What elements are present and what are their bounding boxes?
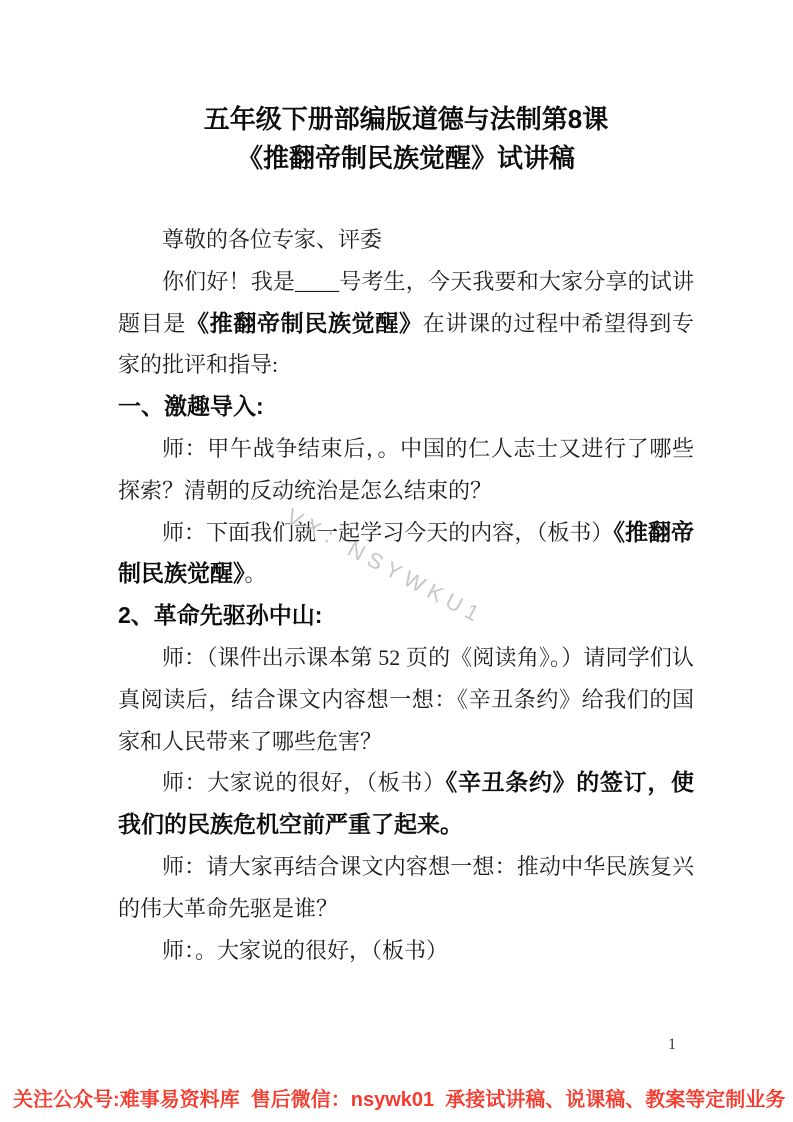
text-run: 。: [245, 561, 267, 586]
text-run: 师：（课件出示课本第 52 页的《阅读角》。）请同学们认真阅读后，结合课文内容想…: [118, 645, 694, 754]
document-page: { "title": { "line1": "五年级下册部编版道德与法制第8课"…: [0, 0, 793, 1122]
section-heading: 2、革命先驱孙中山:: [118, 595, 694, 637]
text-run: 一、激趣导入:: [118, 393, 264, 419]
doc-body: 尊敬的各位专家、评委你们好！我是____号考生，今天我要和大家分享的试讲题目是《…: [118, 219, 694, 971]
bold-text-run: 《推翻帝制民族觉醒》: [186, 310, 423, 336]
text-run: 师：下面我们就一起学习今天的内容，（板书）: [162, 520, 613, 545]
text-run: 师：大家说的很好，（板书）: [162, 770, 446, 795]
paragraph: 你们好！我是____号考生，今天我要和大家分享的试讲题目是《推翻帝制民族觉醒》在…: [118, 261, 694, 386]
text-run: 2、革命先驱孙中山:: [118, 602, 322, 628]
section-heading: 一、激趣导入:: [118, 386, 694, 428]
paragraph: 师：大家说的很好，（板书）《辛丑条约》的签订，使我们的民族危机空前严重了起来。: [118, 762, 694, 846]
text-run: 师：请大家再结合课文内容想一想：推动中华民族复兴的伟大革命先驱是谁？: [118, 854, 694, 921]
doc-title: 五年级下册部编版道德与法制第8课 《推翻帝制民族觉醒》试讲稿: [118, 100, 694, 178]
footer-promo: 关注公众号:难事易资料库 售后微信：nsywk01 承接试讲稿、说课稿、教案等定…: [0, 1087, 793, 1113]
text-run: 尊敬的各位专家、评委: [162, 227, 382, 252]
paragraph: 师：。大家说的很好，（板书）: [118, 930, 694, 972]
doc-title-line1: 五年级下册部编版道德与法制第8课: [118, 100, 694, 139]
paragraph: 师：（课件出示课本第 52 页的《阅读角》。）请同学们认真阅读后，结合课文内容想…: [118, 637, 694, 762]
text-run: 师：。大家说的很好，（板书）: [162, 938, 448, 963]
paragraph: 尊敬的各位专家、评委: [118, 219, 694, 261]
paragraph: 师：请大家再结合课文内容想一想：推动中华民族复兴的伟大革命先驱是谁？: [118, 846, 694, 930]
paragraph: 师：下面我们就一起学习今天的内容，（板书）《推翻帝制民族觉醒》。: [118, 512, 694, 596]
doc-title-line2: 《推翻帝制民族觉醒》试讲稿: [118, 139, 694, 178]
paragraph: 师：甲午战争结束后，。中国的仁人志士又进行了哪些探索？清朝的反动统治是怎么结束的…: [118, 428, 694, 512]
page-number: 1: [668, 1036, 676, 1054]
text-run: 师：甲午战争结束后，。中国的仁人志士又进行了哪些探索？清朝的反动统治是怎么结束的…: [118, 436, 694, 503]
